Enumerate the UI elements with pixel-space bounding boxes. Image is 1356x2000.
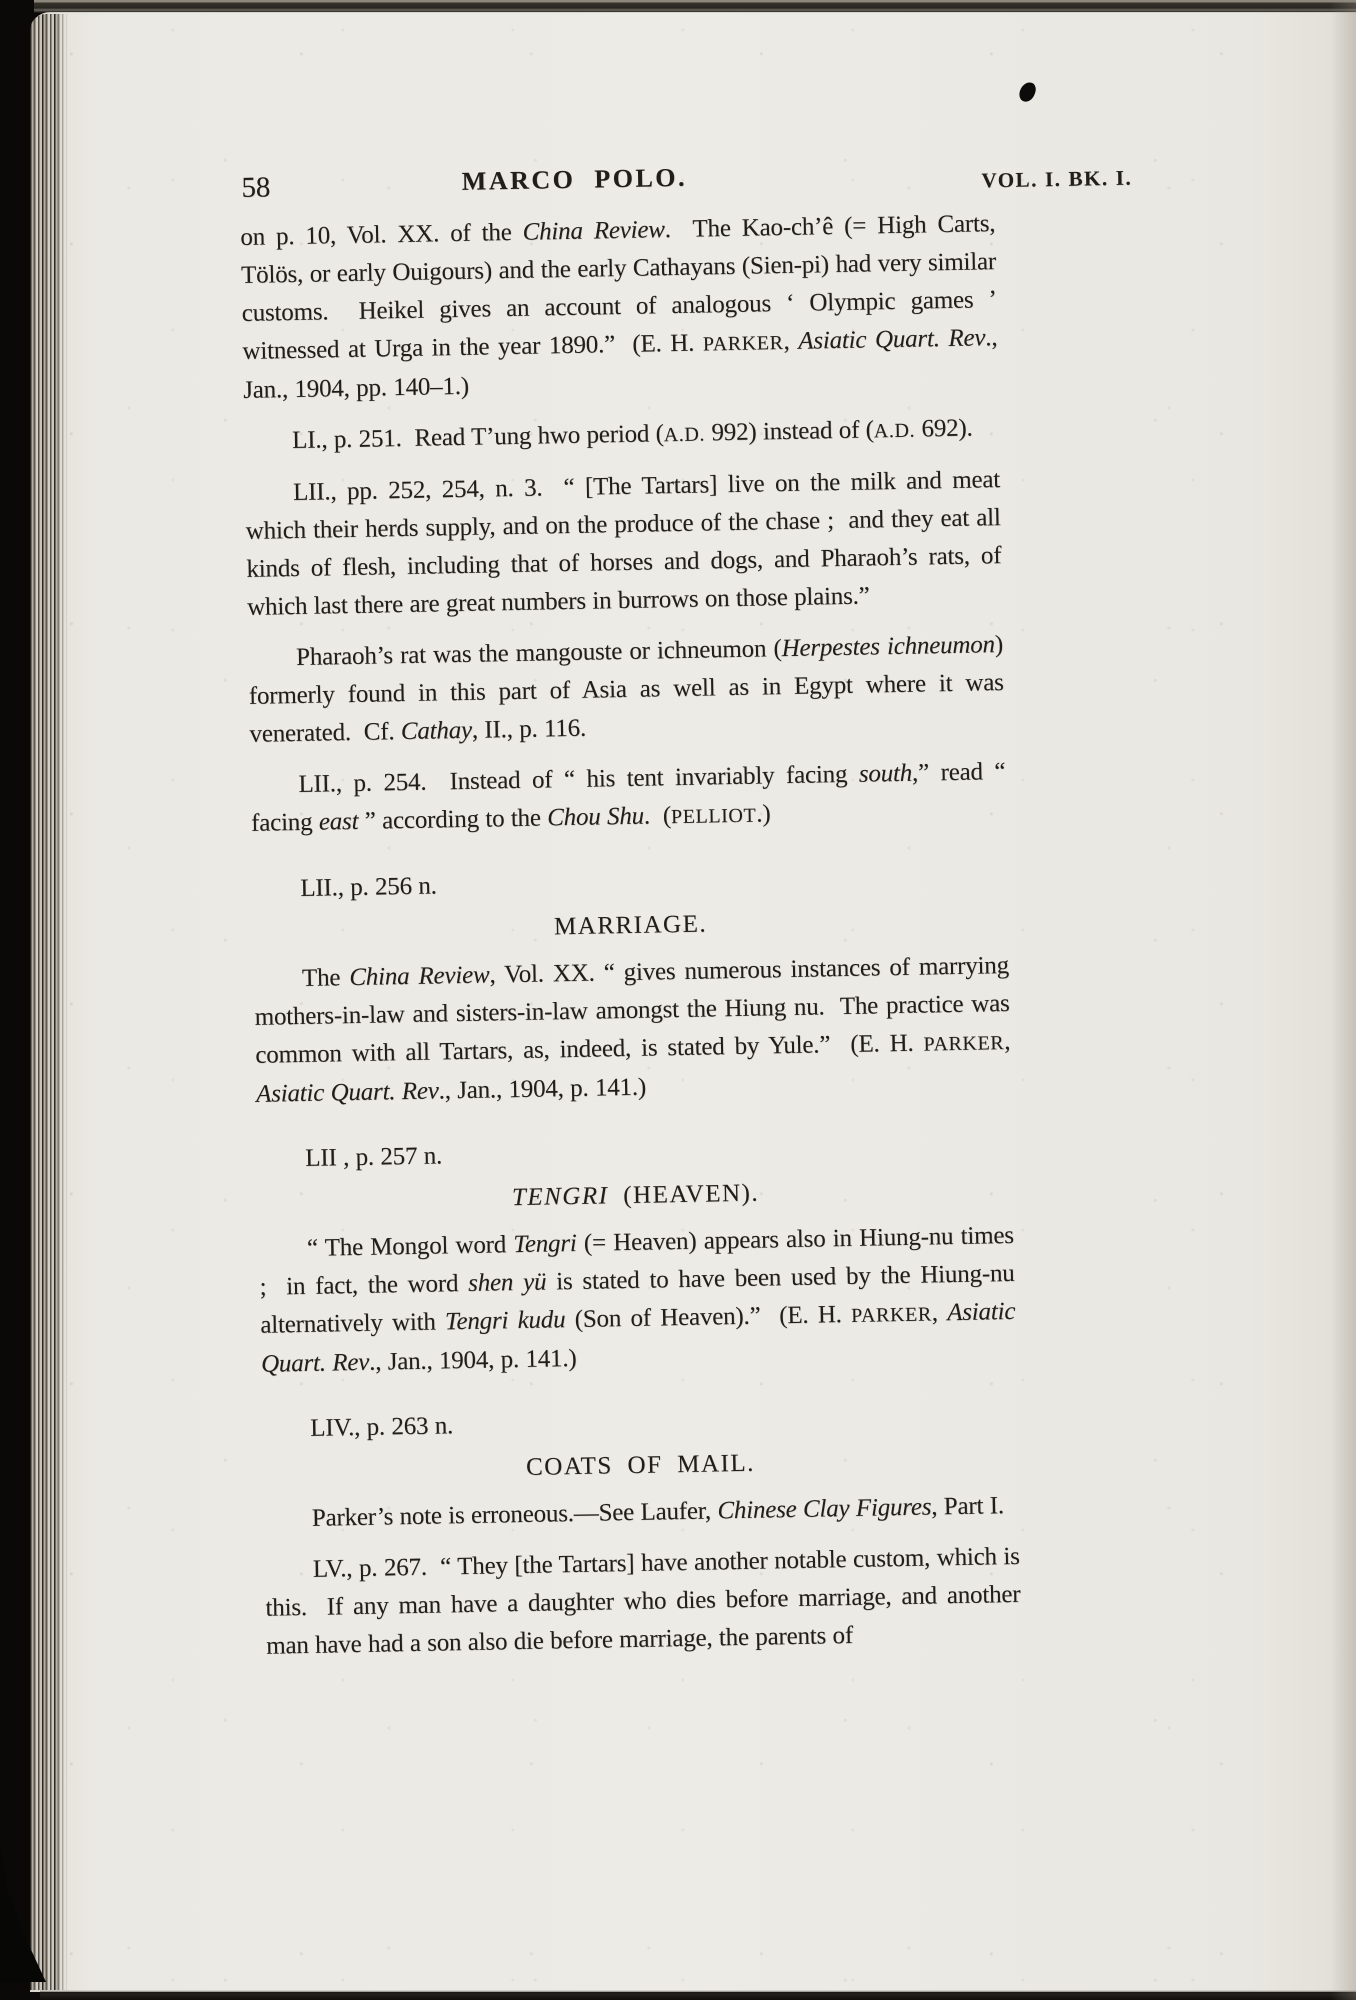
paragraph: The China Review, Vol. XX. “ gives numer…	[254, 947, 1012, 1114]
text-run: LII., p. 254. Instead of “ his tent inva…	[298, 761, 859, 798]
text-run: LIV., p. 263 n.	[310, 1412, 453, 1442]
reference-entry: LII., p. 256 n.	[252, 857, 1008, 909]
text-run: .)	[756, 800, 771, 827]
paragraph: LII., pp. 252, 254, n. 3. “ [The Tartars…	[245, 461, 1003, 627]
text-run: MARRIAGE.	[554, 911, 708, 941]
paragraph: Pharaoh’s rat was the mangouste or ichne…	[248, 626, 1005, 754]
text-run: on p. 10, Vol. XX. of the	[240, 219, 523, 251]
text-run: (HEAVEN).	[608, 1180, 759, 1210]
paragraph: on p. 10, Vol. XX. of the China Review. …	[240, 205, 998, 410]
text-run: Parker’s note is erroneous.—See Laufer,	[312, 1497, 718, 1531]
text-run: Tengri	[513, 1230, 577, 1258]
text-run: Chou Shu	[547, 803, 644, 832]
text-run: ,	[1004, 1028, 1011, 1055]
text-run: Asiatic Quart. Rev	[798, 324, 986, 354]
text-run: Asiatic Quart. Rev	[256, 1077, 439, 1107]
text-run: PELLIOT	[671, 805, 757, 829]
section-heading: TENGRI (HEAVEN).	[258, 1170, 1014, 1222]
text-run: Herpestes ichneumon	[781, 631, 995, 662]
text-run: LV., p. 267. “ They [the Tartars] have a…	[265, 1543, 1020, 1660]
text-run: A.D.	[664, 423, 706, 446]
text-run: Pharaoh’s rat was the mangouste or ichne…	[296, 635, 782, 671]
paragraph: “ The Mongol word Tengri (= Heaven) appe…	[259, 1217, 1017, 1384]
text-block: on p. 10, Vol. XX. of the China Review. …	[240, 205, 1021, 1666]
text-run: Chinese Clay Figures	[717, 1494, 931, 1525]
text-run: PARKER	[923, 1032, 1004, 1055]
volume-reference: VOL. I. BK. I.	[981, 159, 1132, 200]
text-run: China Review	[349, 962, 490, 992]
text-run: . (	[644, 802, 672, 829]
text-run: Cathay	[401, 717, 473, 745]
text-run: LI., p. 251. Read T’ung hwo period (	[292, 420, 664, 454]
text-run: ,	[783, 328, 798, 355]
book-scan: 58 MARCO POLO. VOL. I. BK. I. on p. 10, …	[0, 0, 1356, 2000]
text-run: PARKER	[851, 1303, 932, 1326]
text-run: 992) instead of (	[705, 416, 874, 446]
text-run: ” according to the	[358, 804, 547, 834]
paragraph: LI., p. 251. Read T’ung hwo period (A.D.…	[244, 409, 1000, 462]
text-run: south	[859, 760, 913, 788]
text-run: (Son of Heaven).” (E. H.	[565, 1301, 851, 1333]
text-run: ., Jan., 1904, p. 141.)	[438, 1074, 646, 1105]
text-run: Tengri kudu	[445, 1306, 566, 1335]
text-run: A.D.	[874, 420, 916, 443]
text-run: China Review	[522, 216, 665, 246]
paragraph: Parker’s note is erroneous.—See Laufer, …	[264, 1487, 1020, 1539]
section-heading: MARRIAGE.	[253, 900, 1009, 952]
text-run: LII , p. 257 n.	[305, 1142, 442, 1172]
section-heading: COATS OF MAIL.	[263, 1440, 1019, 1492]
text-run: LII., pp. 252, 254, n. 3. “ [The Tartars…	[246, 466, 1002, 621]
text-run: 692).	[915, 415, 973, 443]
text-run: , Part I.	[931, 1492, 1004, 1520]
page-content: 58 MARCO POLO. VOL. I. BK. I. on p. 10, …	[240, 205, 1021, 1666]
page-top-edge	[34, 0, 1356, 14]
text-run: ,	[932, 1299, 948, 1326]
text-run: COATS OF MAIL.	[526, 1450, 755, 1481]
text-run: PARKER	[703, 332, 784, 355]
page-bottom-edge	[40, 1990, 1356, 2000]
text-run: TENGRI	[512, 1182, 609, 1211]
text-run: east	[319, 808, 359, 836]
reference-entry: LII , p. 257 n.	[257, 1127, 1013, 1179]
text-run: The	[302, 964, 350, 992]
reference-entry: LIV., p. 263 n.	[262, 1397, 1018, 1449]
paragraph: LII., p. 254. Instead of “ his tent inva…	[250, 753, 1006, 844]
text-run: “ The Mongol word	[307, 1231, 514, 1262]
binding-gutter	[30, 14, 68, 1990]
text-run: , II., p. 116.	[472, 715, 587, 744]
page-number: 58	[241, 168, 270, 207]
paragraph: LV., p. 267. “ They [the Tartars] have a…	[264, 1538, 1021, 1666]
right-edge-shade	[1330, 0, 1356, 2000]
running-title: MARCO POLO.	[424, 158, 725, 201]
text-run: ., Jan., 1904, p. 141.)	[369, 1345, 577, 1376]
text-run: LII., p. 256 n.	[300, 872, 437, 901]
text-run: shen yü	[468, 1269, 547, 1297]
